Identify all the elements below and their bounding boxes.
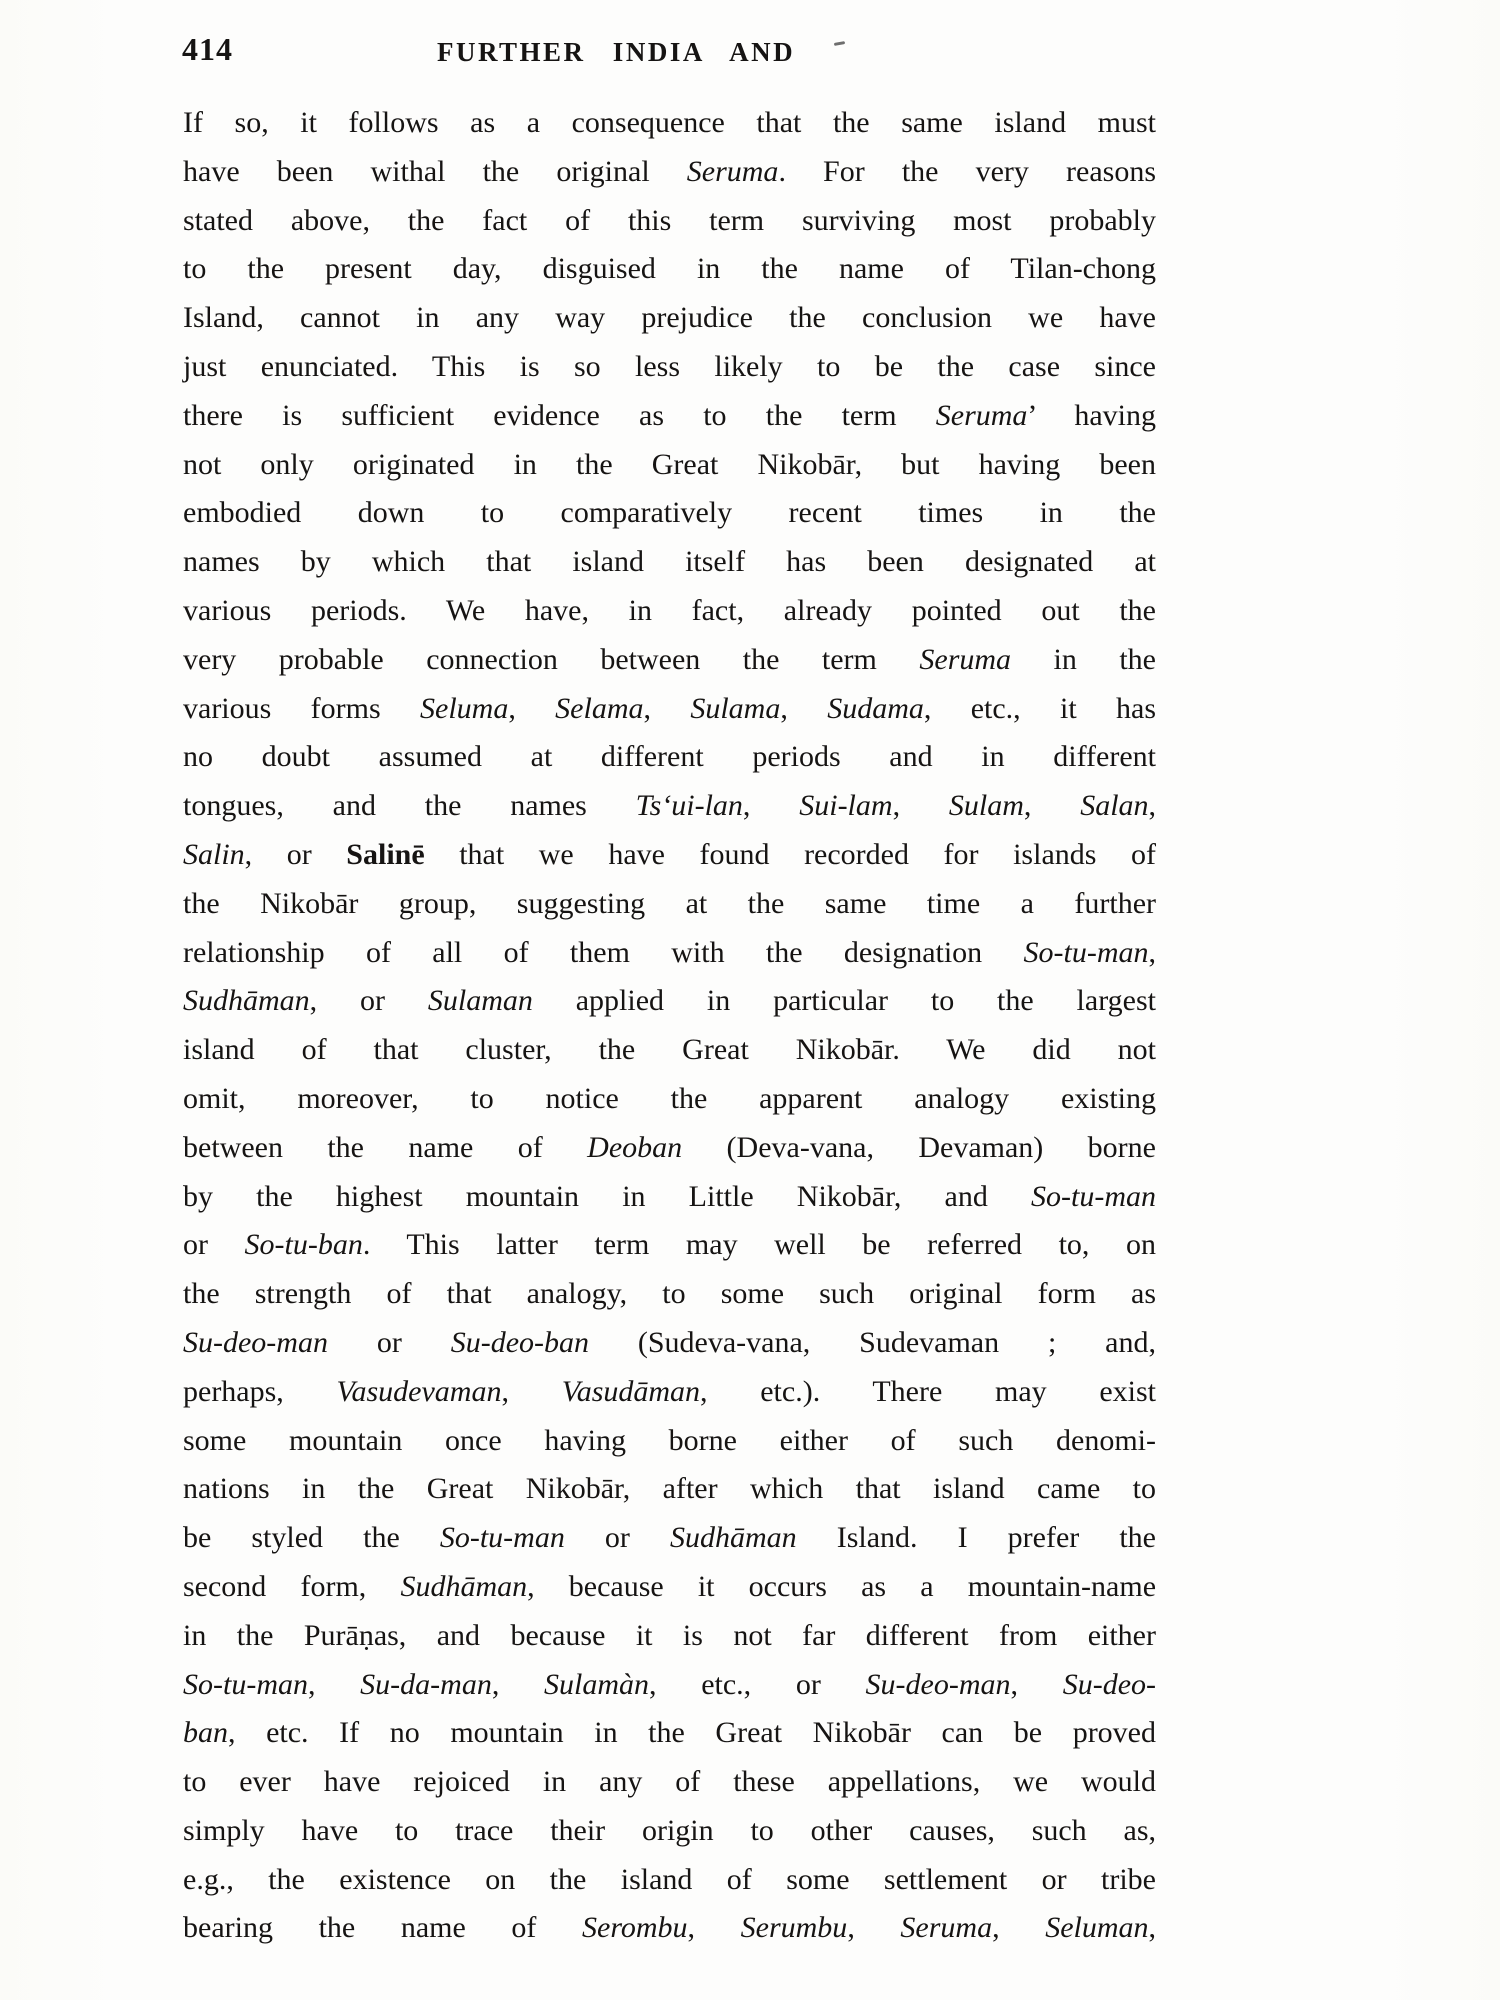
- text-segment: Seruma: [936, 399, 1028, 432]
- text-segment: Sudhāman: [183, 984, 310, 1017]
- text-segment: , etc. If no mountain in the Great Nikob…: [228, 1716, 1156, 1749]
- text-segment: relationship of all of them with the des…: [183, 936, 1024, 969]
- text-segment: just enunciated. This is so less likely …: [183, 350, 1156, 383]
- text-segment: ,: [644, 692, 691, 725]
- text-segment: ,: [1149, 789, 1157, 822]
- text-segment: ’ having: [1027, 399, 1156, 432]
- text-line: just enunciated. This is so less likely …: [183, 343, 1156, 392]
- text-segment: So-tu-man: [1031, 1180, 1156, 1213]
- text-segment: Seruma: [900, 1911, 992, 1944]
- text-segment: there is sufficient evidence as to the t…: [183, 399, 936, 432]
- text-segment: or: [183, 1228, 245, 1261]
- text-segment: . This latter term may well be referred …: [363, 1228, 1156, 1261]
- text-segment: , etc.). There may exist: [700, 1375, 1156, 1408]
- text-segment: ,: [501, 1375, 561, 1408]
- text-segment: , because it occurs as a mountain-name: [527, 1570, 1156, 1603]
- text-segment: applied in particular to the largest: [533, 984, 1156, 1017]
- text-segment: , etc., or: [649, 1668, 866, 1701]
- text-segment: Sui-lam: [799, 789, 892, 822]
- text-line: Island, cannot in any way prejudice the …: [183, 294, 1156, 343]
- text-segment: Sulamàn: [544, 1668, 649, 1701]
- text-segment: perhaps,: [183, 1375, 337, 1408]
- text-line: second form, Sudhāman, because it occurs…: [183, 1563, 1156, 1612]
- text-segment: ,: [1024, 789, 1080, 822]
- text-segment: ,: [1149, 1911, 1157, 1944]
- text-segment: the strength of that analogy, to some su…: [183, 1277, 1156, 1310]
- text-segment: So-tu-man: [1024, 936, 1149, 969]
- text-line: various forms Seluma, Selama, Sulama, Su…: [183, 685, 1156, 734]
- text-line: embodied down to comparatively recent ti…: [183, 489, 1156, 538]
- text-segment: embodied down to comparatively recent ti…: [183, 496, 1156, 529]
- text-segment: no doubt assumed at different periods an…: [183, 740, 1156, 773]
- text-segment: So-tu-man: [183, 1668, 308, 1701]
- text-segment: the Nikobār group, suggesting at the sam…: [183, 887, 1156, 920]
- text-segment: ,: [688, 1911, 741, 1944]
- text-segment: Serumbu: [741, 1911, 848, 1944]
- text-line: ban, etc. If no mountain in the Great Ni…: [183, 1709, 1156, 1758]
- text-line: relationship of all of them with the des…: [183, 929, 1156, 978]
- text-segment: e.g., the existence on the island of som…: [183, 1863, 1156, 1896]
- text-segment: , or: [245, 838, 347, 871]
- text-segment: Island. I prefer the: [797, 1521, 1156, 1554]
- text-segment: to ever have rejoiced in any of these ap…: [183, 1765, 1156, 1798]
- text-segment: Salan: [1080, 789, 1148, 822]
- text-line: the strength of that analogy, to some su…: [183, 1270, 1156, 1319]
- text-segment: various periods. We have, in fact, alrea…: [183, 594, 1156, 627]
- text-line: perhaps, Vasudevaman, Vasudāman, etc.). …: [183, 1368, 1156, 1417]
- text-line: by the highest mountain in Little Nikobā…: [183, 1173, 1156, 1222]
- text-segment: by the highest mountain in Little Nikobā…: [183, 1180, 1031, 1213]
- text-segment: Ts‘ui-lan: [636, 789, 743, 822]
- text-segment: island of that cluster, the Great Nikobā…: [183, 1033, 1156, 1066]
- text-segment: various forms: [183, 692, 420, 725]
- text-segment: ,: [508, 692, 555, 725]
- text-line: not only originated in the Great Nikobār…: [183, 441, 1156, 490]
- text-line: island of that cluster, the Great Nikobā…: [183, 1026, 1156, 1075]
- text-segment: Salin: [183, 838, 245, 871]
- scan-artifact-mark: [834, 41, 845, 46]
- text-line: names by which that island itself has be…: [183, 538, 1156, 587]
- text-segment: that we have found recorded for islands …: [425, 838, 1156, 871]
- text-line: very probable connection between the ter…: [183, 636, 1156, 685]
- text-line: Su-deo-man or Su-deo-ban (Sudeva-vana, S…: [183, 1319, 1156, 1368]
- text-segment: Vasudevaman: [337, 1375, 502, 1408]
- text-segment: , etc., it has: [924, 692, 1156, 725]
- text-line: some mountain once having borne either o…: [183, 1417, 1156, 1466]
- page-number: 414: [182, 31, 233, 68]
- text-segment: Seluma: [420, 692, 508, 725]
- text-segment: ,: [1011, 1668, 1063, 1701]
- text-line: no doubt assumed at different periods an…: [183, 733, 1156, 782]
- text-line: If so, it follows as a consequence that …: [183, 99, 1156, 148]
- text-segment: not only originated in the Great Nikobār…: [183, 448, 1156, 481]
- text-line: to the present day, disguised in the nam…: [183, 245, 1156, 294]
- text-segment: Seruma: [687, 155, 779, 188]
- text-line: there is sufficient evidence as to the t…: [183, 392, 1156, 441]
- text-segment: Vasudāman: [562, 1375, 700, 1408]
- text-segment: Su-deo-man: [183, 1326, 328, 1359]
- text-line: have been withal the original Seruma. Fo…: [183, 148, 1156, 197]
- text-segment: ,: [308, 1668, 360, 1701]
- text-segment: second form,: [183, 1570, 400, 1603]
- text-line: bearing the name of Serombu, Serumbu, Se…: [183, 1904, 1156, 1953]
- text-segment: Su-deo-: [1063, 1668, 1156, 1701]
- text-line: between the name of Deoban (Deva-vana, D…: [183, 1124, 1156, 1173]
- text-line: Sudhāman, or Sulaman applied in particul…: [183, 977, 1156, 1026]
- text-line: omit, moreover, to notice the apparent a…: [183, 1075, 1156, 1124]
- text-segment: Sulaman: [428, 984, 533, 1017]
- text-segment: Sulama: [690, 692, 780, 725]
- text-segment: ban: [183, 1716, 228, 1749]
- text-segment: So-tu-ban: [245, 1228, 363, 1261]
- text-line: Salin, or Salinē that we have found reco…: [183, 831, 1156, 880]
- text-segment: Su-da-man: [360, 1668, 492, 1701]
- text-segment: Selama: [555, 692, 643, 725]
- text-segment: some mountain once having borne either o…: [183, 1424, 1156, 1457]
- text-segment: ,: [992, 1911, 1045, 1944]
- text-segment: Sudhāman: [670, 1521, 797, 1554]
- text-segment: ,: [743, 789, 799, 822]
- text-line: e.g., the existence on the island of som…: [183, 1856, 1156, 1905]
- text-segment: to the present day, disguised in the nam…: [183, 252, 1156, 285]
- text-segment: Salinē: [346, 838, 424, 871]
- text-segment: (Deva-vana, Devaman) borne: [682, 1131, 1156, 1164]
- text-segment: bearing the name of: [183, 1911, 582, 1944]
- text-segment: in the: [1011, 643, 1156, 676]
- text-segment: Su-deo-ban: [451, 1326, 589, 1359]
- text-line: nations in the Great Nikobār, after whic…: [183, 1465, 1156, 1514]
- text-segment: , or: [310, 984, 428, 1017]
- text-line: So-tu-man, Su-da-man, Sulamàn, etc., or …: [183, 1661, 1156, 1710]
- text-segment: omit, moreover, to notice the apparent a…: [183, 1082, 1156, 1115]
- text-line: be styled the So-tu-man or Sudhāman Isla…: [183, 1514, 1156, 1563]
- text-segment: be styled the: [183, 1521, 440, 1554]
- text-segment: Sudama: [827, 692, 924, 725]
- book-page: 414 FURTHER INDIA AND If so, it follows …: [0, 0, 1500, 2000]
- text-segment: (Sudeva-vana, Sudevaman ; and,: [589, 1326, 1156, 1359]
- text-segment: ,: [1149, 936, 1157, 969]
- text-segment: Sudhāman: [400, 1570, 527, 1603]
- text-segment: So-tu-man: [440, 1521, 565, 1554]
- text-segment: between the name of: [183, 1131, 587, 1164]
- text-segment: Serombu: [582, 1911, 688, 1944]
- running-title: FURTHER INDIA AND: [437, 37, 795, 68]
- text-segment: ,: [893, 789, 949, 822]
- text-segment: or: [565, 1521, 670, 1554]
- text-segment: names by which that island itself has be…: [183, 545, 1156, 578]
- text-segment: ,: [780, 692, 827, 725]
- text-line: tongues, and the names Ts‘ui-lan, Sui-la…: [183, 782, 1156, 831]
- text-block: If so, it follows as a consequence that …: [183, 99, 1156, 1953]
- text-line: in the Purāṇas, and because it is not fa…: [183, 1612, 1156, 1661]
- text-segment: Seluman: [1045, 1911, 1148, 1944]
- text-segment: Island, cannot in any way prejudice the …: [183, 301, 1156, 334]
- text-line: simply have to trace their origin to oth…: [183, 1807, 1156, 1856]
- text-line: or So-tu-ban. This latter term may well …: [183, 1221, 1156, 1270]
- text-segment: in the Purāṇas, and because it is not fa…: [183, 1619, 1156, 1652]
- text-segment: Sulam: [949, 789, 1024, 822]
- text-segment: ,: [492, 1668, 544, 1701]
- text-segment: simply have to trace their origin to oth…: [183, 1814, 1156, 1847]
- text-segment: ,: [847, 1911, 900, 1944]
- text-segment: Su-deo-man: [866, 1668, 1011, 1701]
- text-line: the Nikobār group, suggesting at the sam…: [183, 880, 1156, 929]
- text-segment: very probable connection between the ter…: [183, 643, 919, 676]
- text-segment: stated above, the fact of this term surv…: [183, 204, 1156, 237]
- text-segment: nations in the Great Nikobār, after whic…: [183, 1472, 1156, 1505]
- text-segment: Seruma: [919, 643, 1011, 676]
- text-segment: or: [328, 1326, 451, 1359]
- text-segment: have been withal the original: [183, 155, 687, 188]
- text-line: stated above, the fact of this term surv…: [183, 197, 1156, 246]
- text-line: various periods. We have, in fact, alrea…: [183, 587, 1156, 636]
- text-segment: Deoban: [587, 1131, 682, 1164]
- text-segment: If so, it follows as a consequence that …: [183, 106, 1156, 139]
- text-segment: tongues, and the names: [183, 789, 636, 822]
- text-line: to ever have rejoiced in any of these ap…: [183, 1758, 1156, 1807]
- text-segment: . For the very reasons: [778, 155, 1156, 188]
